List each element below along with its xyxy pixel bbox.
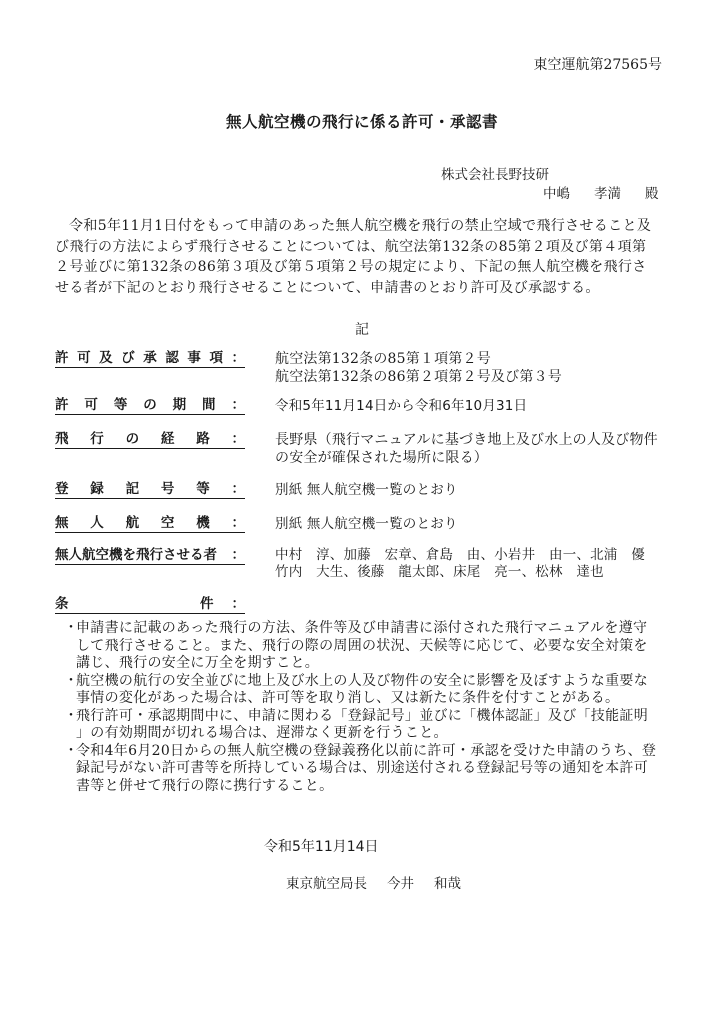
conditions-list: ・ 申請書に記載のあった飛行の方法、条件等及び申請書に添付された飛行マニュアルを…	[64, 620, 704, 795]
condition-item: ・ 申請書に記載のあった飛行の方法、条件等及び申請書に添付された飛行マニュアルを…	[64, 620, 704, 673]
recipient-family-name: 中嶋	[543, 182, 570, 202]
issuer-given-name: 和哉	[434, 872, 461, 892]
label-permission-period: 許可等の期間：	[55, 397, 245, 415]
body-line: 令和5年11月1日付をもって申請のあった無人航空機を飛行の禁止空域で飛行させるこ…	[55, 216, 675, 237]
value-drone: 別紙 無人航空機一覧のとおり	[275, 515, 458, 533]
label-flight-route: 飛行の経路：	[55, 431, 245, 449]
label-registration-number: 登録記号等：	[55, 481, 245, 499]
issuer-family-name: 今井	[387, 872, 414, 892]
body-paragraph: 令和5年11月1日付をもって申請のあった無人航空機を飛行の禁止空域で飛行させるこ…	[55, 216, 675, 298]
label-permission-items: 許可及び承認事項：	[55, 350, 245, 368]
recipient-name: 中嶋孝満殿	[543, 182, 659, 202]
document-title: 無人航空機の飛行に係る許可・承認書	[0, 110, 724, 132]
document-number: 東空運航第27565号	[533, 54, 662, 74]
condition-item: ・ 令和4年6月20日からの無人航空機の登録義務化以前に許可・承認を受けた申請の…	[64, 743, 704, 796]
issuer-signature: 東京航空局長今井和哉	[286, 872, 461, 892]
value-flight-route: 長野県（飛行マニュアルに基づき地上及び水上の人及び物件 の安全が確保された場所に…	[275, 431, 658, 467]
label-operators: 無人航空機を飛行させる者：	[55, 547, 245, 565]
recipient-honorific: 殿	[645, 182, 659, 202]
value-operators: 中村 淳、加藤 宏章、倉島 由、小岩井 由一、北浦 優 竹内 大生、後藤 龍太郎…	[275, 547, 645, 581]
value-permission-period: 令和5年11月14日から令和6年10月31日	[275, 397, 527, 415]
issue-date: 令和5年11月14日	[264, 836, 379, 856]
value-registration-number: 別紙 無人航空機一覧のとおり	[275, 481, 458, 499]
ki-heading: 記	[0, 319, 724, 339]
body-line: せる者が下記のとおり飛行させることについて、申請書のとおり許可及び承認する。	[55, 278, 675, 299]
body-line: ２号並びに第132条の86第３項及び第５項第２号の規定により、下記の無人航空機を…	[55, 257, 675, 278]
condition-item: ・ 飛行許可・承認期間中に、申請に関わる「登録記号」並びに「機体認証」及び「技能…	[64, 708, 704, 743]
label-conditions: 条件：	[55, 596, 245, 614]
issuer-title: 東京航空局長	[286, 872, 367, 892]
body-line: び飛行の方法によらず飛行させることについては、航空法第132条の85第２項及び第…	[55, 237, 675, 258]
label-drone: 無人航空機：	[55, 515, 245, 533]
value-permission-items: 航空法第132条の85第１項第２号 航空法第132条の86第２項第２号及び第３号	[275, 350, 562, 386]
recipient-company: 株式会社長野技研	[441, 163, 549, 183]
condition-item: ・ 航空機の航行の安全並びに地上及び水上の人及び物件の安全に影響を及ぼすような重…	[64, 673, 704, 708]
recipient-given-name: 孝満	[594, 182, 621, 202]
